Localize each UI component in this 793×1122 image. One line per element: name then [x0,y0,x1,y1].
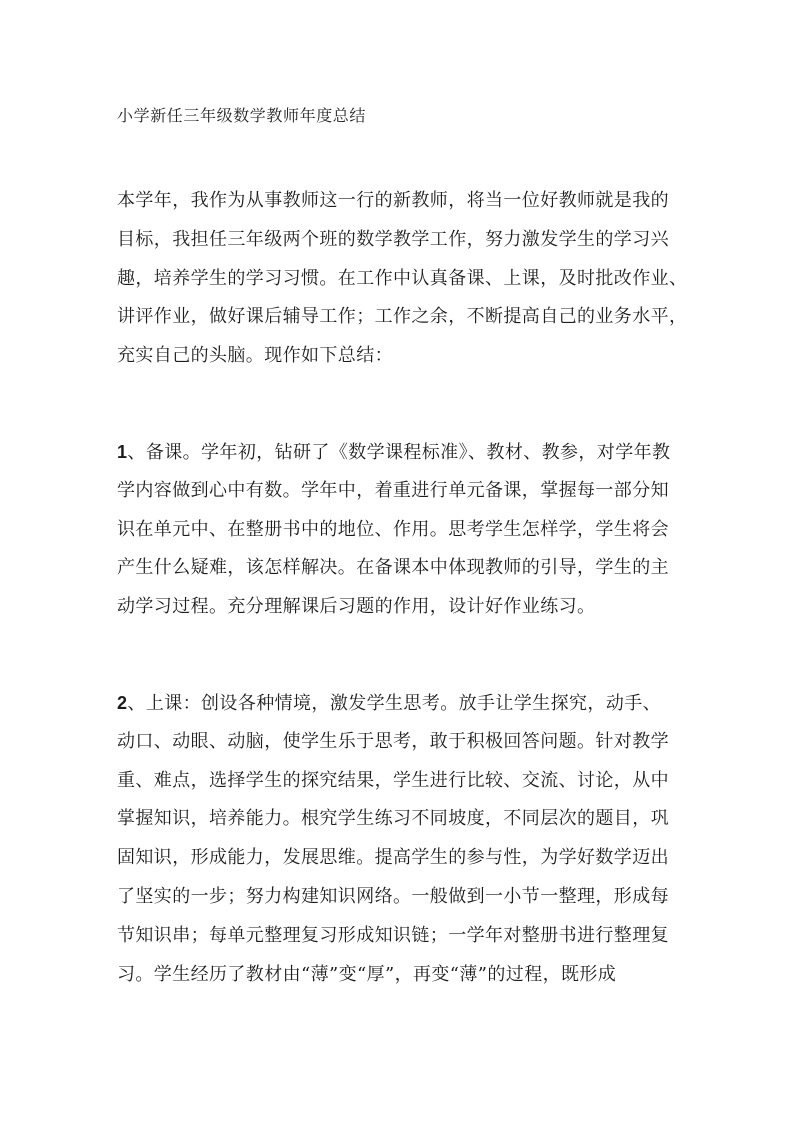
text-line: 讲评作业，做好课后辅导工作；工作之余，不断提高自己的业务水平， [117,298,687,337]
text-line: 节知识串；每单元整理复习形成知识链；一学年对整册书进行整理复 [117,917,687,956]
section-number: 1 [117,442,127,462]
text-line: 习。学生经历了教材由“薄”变“厚”，再变“薄”的过程，既形成 [117,956,687,995]
section-number: 2 [117,693,127,713]
text-line: 1、备课。学年初，钻研了《数学课程标准》、教材、教参，对学年教 [117,433,687,472]
text-line: 2、上课：创设各种情境，激发学生思考。放手让学生探究，动手、 [117,684,687,723]
text-line: 识在单元中、在整册书中的地位、作用。思考学生怎样学，学生将会 [117,511,687,550]
text-line: 了坚实的一步；努力构建知识网络。一般做到一小节一整理，形成每 [117,878,687,917]
text-line: 学内容做到心中有数。学年中，着重进行单元备课，掌握每一部分知 [117,472,687,511]
text-line: 本学年，我作为从事教师这一行的新教师，将当一位好教师就是我的 [117,182,687,221]
text-line: 充实自己的头脑。现作如下总结： [117,337,687,376]
text-span: 、上课：创设各种情境，激发学生思考。放手让学生探究，动手、 [127,693,661,714]
text-line: 目标，我担任三年级两个班的数学教学工作，努力激发学生的学习兴 [117,221,687,260]
paragraph-teaching: 2、上课：创设各种情境，激发学生思考。放手让学生探究，动手、 动口、动眼、动脑，… [117,684,687,994]
text-line: 动口、动眼、动脑，使学生乐于思考，敢于积极回答问题。针对教学 [117,723,687,762]
paragraph-intro: 本学年，我作为从事教师这一行的新教师，将当一位好教师就是我的 目标，我担任三年级… [117,182,687,376]
text-line: 动学习过程。充分理解课后习题的作用，设计好作业练习。 [117,588,687,627]
text-line: 趣，培养学生的学习习惯。在工作中认真备课、上课，及时批改作业、 [117,260,687,299]
paragraph-lesson-prep: 1、备课。学年初，钻研了《数学课程标准》、教材、教参，对学年教 学内容做到心中有… [117,433,687,627]
text-line: 产生什么疑难，该怎样解决。在备课本中体现教师的引导，学生的主 [117,549,687,588]
text-line: 掌握知识，培养能力。根究学生练习不同坡度，不同层次的题目，巩 [117,800,687,839]
text-line: 固知识，形成能力，发展思维。提高学生的参与性，为学好数学迈出 [117,839,687,878]
text-span: 、备课。学年初，钻研了《数学课程标准》、教材、教参，对学年教 [127,442,670,463]
document-title: 小学新任三年级数学教师年度总结 [117,104,366,128]
document-page: 小学新任三年级数学教师年度总结 本学年，我作为从事教师这一行的新教师，将当一位好… [0,0,793,1122]
text-line: 重、难点，选择学生的探究结果，学生进行比较、交流、讨论，从中 [117,762,687,801]
